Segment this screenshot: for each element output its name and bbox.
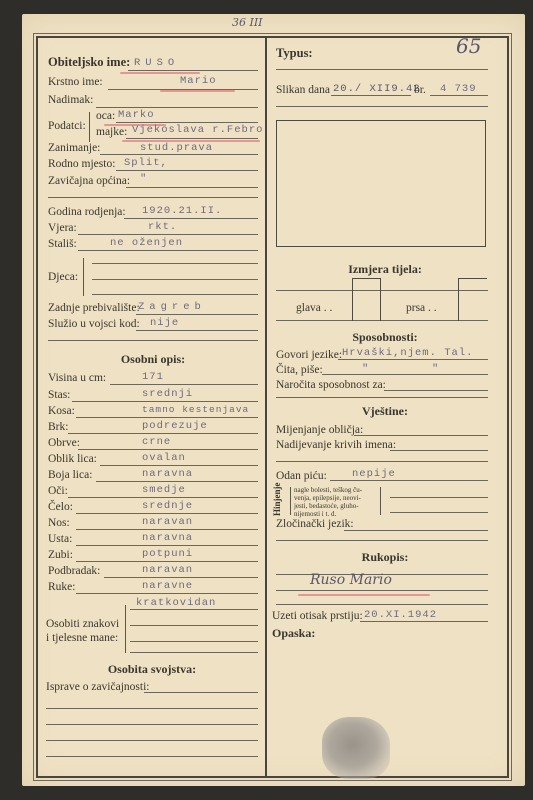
visina-label: Visina u cm:: [48, 372, 106, 384]
field-line: [344, 530, 488, 531]
zadnje-prebivaliste-value[interactable]: Zagreb: [138, 301, 206, 313]
field-line: [276, 590, 488, 591]
field-line: [76, 545, 258, 546]
field-line: [330, 480, 488, 481]
narocita-label: Naročita sposobnost za:: [276, 379, 386, 391]
sposobnosti-title: Sposobnosti:: [270, 330, 500, 345]
bracket: [83, 258, 84, 296]
odan-picu-value[interactable]: nepije: [352, 468, 396, 480]
zanimanje-label: Zanimanje:: [48, 142, 100, 154]
brk-label: Brk:: [48, 421, 68, 433]
field-line: [100, 465, 258, 466]
field-line: [136, 330, 258, 331]
red-underline: [160, 90, 235, 92]
field-line: [76, 561, 258, 562]
field-line: [360, 621, 488, 622]
field-line: [354, 435, 488, 436]
obiteljsko-ime-label: Obiteljsko ime:: [48, 55, 130, 70]
br-value[interactable]: 4 739: [440, 83, 477, 95]
opaska-label: Opaska:: [272, 626, 315, 641]
prsa-measure-box[interactable]: [458, 278, 487, 321]
podatci-label: Podatci:: [48, 120, 86, 132]
stalis-value[interactable]: ne oženjen: [110, 237, 183, 249]
red-underline: [298, 594, 430, 596]
glava-measure-box[interactable]: [352, 278, 381, 321]
field-line: [338, 359, 488, 360]
vjestine-title: Vještine:: [270, 404, 500, 419]
field-line: [276, 604, 488, 605]
field-line: [116, 170, 258, 171]
bracket: [290, 487, 291, 515]
ruke-label: Ruke:: [48, 581, 75, 593]
signature: Ruso Mario: [310, 572, 392, 588]
obiteljsko-ime-value[interactable]: RUSO: [134, 57, 179, 69]
tjelesne-mane-label: i tjelesne mane:: [46, 632, 118, 644]
field-line: [46, 724, 258, 725]
field-line: [76, 529, 258, 530]
godina-rodjenja-value[interactable]: 1920.21.II.: [142, 205, 222, 217]
hinjenje-label: Hinjenje: [272, 483, 282, 517]
field-line: [130, 641, 258, 642]
zubi-value[interactable]: potpuni: [142, 548, 193, 560]
field-line: [276, 461, 488, 462]
rodno-mjesto-value[interactable]: Split,: [124, 157, 168, 169]
oci-value[interactable]: smedje: [142, 484, 186, 496]
mijenjanje-label: Mijenjanje obličja:: [276, 424, 363, 436]
rukopis-title: Rukopis:: [270, 550, 500, 565]
podbradak-label: Podbradak:: [48, 565, 100, 577]
field-line: [276, 397, 488, 398]
field-line: [322, 374, 488, 375]
oca-label: oca:: [96, 110, 115, 122]
field-line: [76, 417, 258, 418]
zubi-label: Zubi:: [48, 549, 73, 561]
zavicajna-opcina-label: Zavičajna općina:: [48, 175, 130, 187]
field-line: [48, 197, 258, 198]
usta-label: Usta:: [48, 533, 72, 545]
rodno-mjesto-label: Rodno mjesto:: [48, 158, 115, 170]
govori-label: Govori jezike:: [276, 349, 342, 361]
column-divider: [265, 36, 267, 776]
stalis-label: Stališ:: [48, 238, 77, 250]
oci-label: Oči:: [48, 485, 68, 497]
podbradak-value[interactable]: naravan: [142, 564, 193, 576]
sluzio-value[interactable]: nije: [150, 317, 179, 329]
typus-label: Typus:: [276, 46, 313, 61]
red-underline: [120, 72, 200, 74]
vjera-value[interactable]: rkt.: [148, 221, 177, 233]
osobiti-znakovi-value[interactable]: kratkovidan: [136, 597, 216, 609]
field-line: [110, 384, 258, 385]
izmjera-title: Izmjera tijela:: [270, 262, 500, 277]
majke-label: majke:: [96, 126, 127, 138]
isprave-label: Isprave o zavičajnosti:: [46, 681, 149, 693]
field-line: [78, 250, 258, 251]
brk-value[interactable]: podrezuje: [142, 420, 208, 432]
bracket: [89, 112, 90, 142]
glava-label: glava . .: [296, 302, 332, 314]
field-line: [78, 234, 258, 235]
field-line: [384, 390, 488, 391]
field-line: [128, 70, 258, 71]
ruke-value[interactable]: naravne: [142, 580, 193, 592]
corner-number: 65: [456, 34, 481, 58]
cita-pise-label: Čita, piše:: [276, 364, 323, 376]
field-line: [46, 708, 258, 709]
osobita-svojstva-title: Osobita svojstva:: [46, 662, 258, 677]
field-line: [390, 497, 488, 498]
field-line: [92, 263, 258, 264]
top-note: 36 III: [232, 16, 263, 29]
field-line: [276, 320, 488, 321]
field-line: [130, 609, 258, 610]
field-line: [144, 692, 258, 693]
field-line: [136, 314, 258, 315]
bracket: [380, 487, 381, 515]
prsa-label: prsa . .: [406, 302, 437, 314]
field-line: [78, 449, 258, 450]
field-line: [390, 512, 488, 513]
kosa-label: Kosa:: [48, 405, 75, 417]
field-line: [276, 540, 488, 541]
visina-value[interactable]: 171: [142, 371, 164, 383]
field-line: [100, 154, 258, 155]
oblik-lica-label: Oblik lica:: [48, 453, 97, 465]
vjera-label: Vjera:: [48, 222, 77, 234]
field-line: [390, 450, 488, 451]
godina-rodjenja-label: Godina rodjenja:: [48, 206, 126, 218]
field-line: [104, 577, 258, 578]
hinjenje-text: nagle bolesti, teškog ču- venja, epileps…: [294, 486, 362, 518]
obrve-label: Obrve:: [48, 437, 80, 449]
stas-value[interactable]: srednji: [142, 388, 193, 400]
celo-value[interactable]: srednje: [142, 500, 193, 512]
slikan-date-value[interactable]: 20./ XII9.42: [333, 83, 421, 95]
zavicajna-opcina-value[interactable]: ": [140, 173, 147, 185]
osobiti-znakovi-label: Osobiti znakovi: [46, 618, 119, 630]
field-line: [46, 740, 258, 741]
oca-value[interactable]: Marko: [118, 109, 155, 121]
field-line: [68, 497, 258, 498]
nadimak-label: Nadimak:: [48, 94, 93, 106]
zlocinacki-label: Zločinački jezik:: [276, 518, 354, 530]
fingerprint: [322, 717, 390, 779]
govori-value[interactable]: Hrvaški,njem. Tal.: [342, 347, 473, 359]
boja-lica-value[interactable]: naravna: [142, 468, 193, 480]
field-line: [68, 433, 258, 434]
field-line: [46, 756, 258, 757]
field-line: [126, 187, 258, 188]
br-label: br.: [414, 84, 426, 96]
field-line: [92, 279, 258, 280]
nadijevanje-label: Nadijevanje krivih imena:: [276, 439, 396, 451]
sluzio-label: Služio u vojsci kod:: [48, 318, 140, 330]
oblik-lica-value[interactable]: ovalan: [142, 452, 186, 464]
field-line: [331, 95, 411, 96]
field-line: [276, 69, 488, 70]
majke-value[interactable]: Vjekoslava r.Febro: [132, 124, 263, 136]
field-line: [72, 401, 258, 402]
field-line: [76, 513, 258, 514]
krstno-ime-value[interactable]: Mario: [180, 75, 217, 87]
field-line: [430, 95, 488, 96]
zadnje-prebivaliste-label: Zadnje prebivalište:: [48, 302, 140, 314]
field-line: [76, 593, 258, 594]
obrve-value[interactable]: crne: [142, 436, 171, 448]
nos-value[interactable]: naravan: [142, 516, 193, 528]
odan-picu-label: Odan piću:: [276, 470, 327, 482]
slikan-dana-label: Slikan dana: [276, 84, 330, 96]
stas-label: Stas:: [48, 389, 70, 401]
field-line: [48, 340, 258, 341]
field-line: [276, 106, 488, 107]
field-line: [126, 138, 258, 139]
otisak-value[interactable]: 20.XI.1942: [364, 609, 437, 621]
usta-value[interactable]: naravna: [142, 532, 193, 544]
field-line: [116, 122, 258, 123]
bracket: [125, 605, 126, 653]
celo-label: Čelo:: [48, 501, 73, 513]
kosa-value[interactable]: tamno kestenjava: [142, 404, 249, 415]
field-line: [96, 107, 258, 108]
field-line: [276, 290, 488, 291]
boja-lica-label: Boja lica:: [48, 469, 92, 481]
field-line: [124, 218, 258, 219]
field-line: [96, 481, 258, 482]
field-line: [130, 625, 258, 626]
krstno-ime-label: Krstno ime:: [48, 76, 103, 88]
field-line: [92, 294, 258, 295]
field-line: [130, 652, 258, 653]
zanimanje-value[interactable]: stud.prava: [140, 142, 213, 154]
otisak-label: Uzeti otisak prstiju:: [272, 610, 363, 622]
nos-label: Nos:: [48, 517, 70, 529]
photo-box: [276, 120, 486, 247]
djeca-label: Djeca:: [48, 271, 78, 283]
osobni-opis-title: Osobni opis:: [48, 352, 258, 367]
